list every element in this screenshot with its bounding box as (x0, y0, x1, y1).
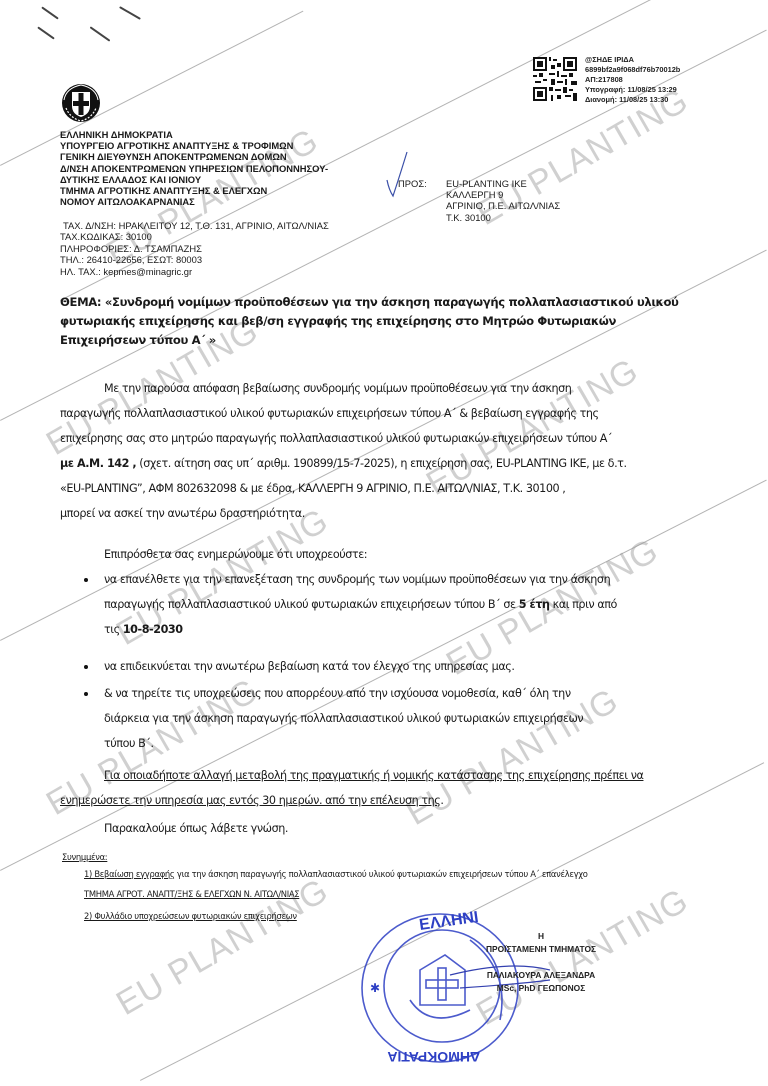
org-line: ΝΟΜΟΥ ΑΙΤΩΛΟΑΚΑΡΝΑΝΙΑΣ (60, 196, 328, 207)
recipient-line: Τ.Κ. 30100 (446, 212, 560, 223)
document-page: EU PLANTING EU PLANTING EU PLANTING EU P… (0, 0, 768, 1086)
recipient-label: ΠΡΟΣ: (398, 178, 427, 189)
staple-mark (119, 6, 141, 20)
signature-article: Η (486, 930, 596, 943)
staple-mark (41, 6, 59, 19)
signature-timestamp: Υπογραφή: 11/08/25 13:29 (585, 85, 680, 95)
attachment-item: ΤΜΗΜΑ ΑΓΡΟΤ. ΑΝΑΠΤ/ΞΗΣ & ΕΛΕΓΧΩΝ Ν. ΑΙΤΩ… (84, 889, 299, 899)
recipient-address: EU-PLANTING IKE ΚΑΛΛΕΡΓΗ 9 ΑΓΡΙΝΙΟ, Π.Ε.… (446, 178, 560, 223)
body-text: τις (104, 623, 123, 636)
notice-line: Για οποιαδήποτε αλλαγή μεταβολή της πραγ… (104, 763, 643, 788)
postal-code: ΤΑΧ.ΚΩΔΙΚΑΣ: 30100 (60, 231, 329, 242)
body-line: παραγωγής πολλαπλασιαστικού υλικού φυτωρ… (60, 401, 599, 426)
attachment-description: για την άσκηση παραγωγής πολλαπλασιαστικ… (175, 869, 588, 879)
org-line: ΓΕΝΙΚΗ ΔΙΕΥΘΥΝΣΗ ΑΠΟΚΕΝΤΡΩΜΕΝΩΝ ΔΟΜΩΝ (60, 151, 328, 162)
org-line: Δ/ΝΣΗ ΑΠΟΚΕΝΤΡΩΜΕΝΩΝ ΥΠΗΡΕΣΙΩΝ ΠΕΛΟΠΟΝΝΗ… (60, 163, 328, 174)
notice-line: ενημερώσετε την υπηρεσία μας εντός 30 ημ… (60, 788, 444, 813)
body-line: με Α.Μ. 142 , (σχετ. αίτηση σας υπ΄ αριθ… (60, 451, 627, 476)
staple-mark (90, 26, 111, 41)
bullet-line: τύπου Β΄. (104, 731, 154, 756)
body-text: ενημερώσετε την υπηρεσία μας εντός 30 ημ… (60, 794, 440, 807)
attachments-title: Συνημμένα: (62, 852, 107, 862)
subject-line: Επιχειρήσεων τύπου Α΄ » (60, 331, 720, 350)
email-address: ΗΛ. ΤΑΧ.: kepmes@minagric.gr (60, 266, 329, 277)
subject-line: ΘΕΜΑ: «Συνδρομή νομίμων προϋποθέσεων για… (60, 293, 720, 312)
closing-line: Παρακαλούμε όπως λάβετε γνώση. (104, 816, 288, 841)
body-line: μπορεί να ασκεί την ανωτέρω δραστηριότητ… (60, 501, 305, 526)
system-name: @ΣΗΔΕ ΙΡΙΔΑ (585, 55, 680, 65)
qr-code-icon (533, 57, 577, 101)
protocol-number: ΑΠ:217808 (585, 75, 680, 85)
issuing-authority: ΕΛΛΗΝΙΚΗ ΔΗΜΟΚΡΑΤΙΑ ΥΠΟΥΡΓΕΙΟ ΑΓΡΟΤΙΚΗΣ … (60, 129, 328, 207)
signature-block: Η ΠΡΟΪΣΤΑΜΕΝΗ ΤΜΗΜΑΤΟΣ ΠΑΛΙΑΚΟΥΡΑ ΑΛΕΞΑΝ… (486, 930, 596, 995)
signatory-credentials: MSc, PhD ΓΕΩΠΟΝΟΣ (486, 982, 596, 995)
body-text: και πριν από (550, 598, 617, 611)
bullet-icon (84, 578, 88, 582)
bullet-line: να επανέλθετε για την επανεξέταση της συ… (104, 567, 610, 592)
subject-line: φυτωριακής επιχείρησης και βεβ/ση εγγραφ… (60, 312, 720, 331)
deadline-years: 5 έτη (519, 598, 550, 611)
org-line: ΕΛΛΗΝΙΚΗ ΔΗΜΟΚΡΑΤΙΑ (60, 129, 328, 140)
org-line: ΥΠΟΥΡΓΕΙΟ ΑΓΡΟΤΙΚΗΣ ΑΝΑΠΤΥΞΗΣ & ΤΡΟΦΙΜΩΝ (60, 140, 328, 151)
svg-text:✱: ✱ (370, 981, 380, 995)
stamp-text-bottom: ΔΗΜΟΚΡΑΤΙΑ (387, 1049, 480, 1065)
bullet-icon (84, 665, 88, 669)
body-text: (σχετ. αίτηση σας υπ΄ αριθμ. 190899/15-7… (136, 457, 626, 470)
postal-address: ΤΑΧ. Δ/ΝΣΗ: ΗΡΑΚΛΕΙΤΟΥ 12, Τ.Θ. 131, ΑΓΡ… (60, 220, 329, 231)
staple-mark (37, 26, 55, 39)
digital-signature-info: @ΣΗΔΕ ΙΡΙΔΑ 6899bf2a9f068df76b70012b ΑΠ:… (585, 55, 680, 105)
contact-person: ΠΛΗΡΟΦΟΡΙΕΣ: Δ. ΤΣΑΜΠΑΖΗΣ (60, 243, 329, 254)
body-line: Με την παρούσα απόφαση βεβαίωσης συνδρομ… (104, 376, 571, 401)
bullet-line: να επιδεικνύεται την ανωτέρω βεβαίωση κα… (104, 654, 514, 679)
bullet-line: παραγωγής πολλαπλασιαστικού υλικού φυτωρ… (104, 592, 617, 617)
recipient-line: ΑΓΡΙΝΙΟ, Π.Ε. ΑΙΤΩΛ/ΝΙΑΣ (446, 200, 560, 211)
subject-heading: ΘΕΜΑ: «Συνδρομή νομίμων προϋποθέσεων για… (60, 293, 720, 350)
attachment-link[interactable]: 1) Βεβαίωση εγγραφής (84, 869, 175, 879)
org-line: ΤΜΗΜΑ ΑΓΡΟΤΙΚΗΣ ΑΝΑΠΤΥΞΗΣ & ΕΛΕΓΧΩΝ (60, 185, 328, 196)
body-line: επιχείρησης σας στο μητρώο παραγωγής πολ… (60, 426, 612, 451)
body-line: Επιπρόσθετα σας ενημερώνουμε ότι υποχρεο… (104, 542, 367, 567)
attachment-item: 1) Βεβαίωση εγγραφής για την άσκηση παρα… (84, 869, 588, 879)
org-line: ΔΥΤΙΚΗΣ ΕΛΛΑΔΟΣ ΚΑΙ ΙΟΝΙΟΥ (60, 174, 328, 185)
bullet-line: διάρκεια για την άσκηση παραγωγής πολλαπ… (104, 706, 583, 731)
document-hash: 6899bf2a9f068df76b70012b (585, 65, 680, 75)
attachment-item[interactable]: 2) Φυλλάδιο υποχρεώσεων φυτωριακών επιχε… (84, 911, 297, 921)
contact-info: ΤΑΧ. Δ/ΝΣΗ: ΗΡΑΚΛΕΙΤΟΥ 12, Τ.Θ. 131, ΑΓΡ… (60, 220, 329, 277)
body-text: . (440, 794, 443, 807)
registration-number: με Α.Μ. 142 , (60, 457, 136, 470)
distribution-timestamp: Διανομή: 11/08/25 13:30 (585, 95, 680, 105)
phone-number: ΤΗΛ.: 26410-22656, ΕΣΩΤ: 80003 (60, 254, 329, 265)
bullet-icon (84, 692, 88, 696)
bullet-line: τις 10-8-2030 (104, 617, 183, 642)
body-text: παραγωγής πολλαπλασιαστικού υλικού φυτωρ… (104, 598, 519, 611)
deadline-date: 10-8-2030 (123, 623, 183, 636)
recipient-line: ΚΑΛΛΕΡΓΗ 9 (446, 189, 560, 200)
checkmark-icon (385, 150, 409, 200)
bullet-line: & να τηρείτε τις υποχρεώσεις που απορρέο… (104, 681, 571, 706)
body-line: «EU-PLANTING”, ΑΦΜ 802632098 & με έδρα, … (60, 476, 565, 501)
greek-coat-of-arms-icon (60, 82, 102, 124)
signatory-title: ΠΡΟΪΣΤΑΜΕΝΗ ΤΜΗΜΑΤΟΣ (486, 943, 596, 956)
recipient-line: EU-PLANTING IKE (446, 178, 560, 189)
signatory-name: ΠΑΛΙΑΚΟΥΡΑ ΑΛΕΞΑΝΔΡΑ (486, 969, 596, 982)
